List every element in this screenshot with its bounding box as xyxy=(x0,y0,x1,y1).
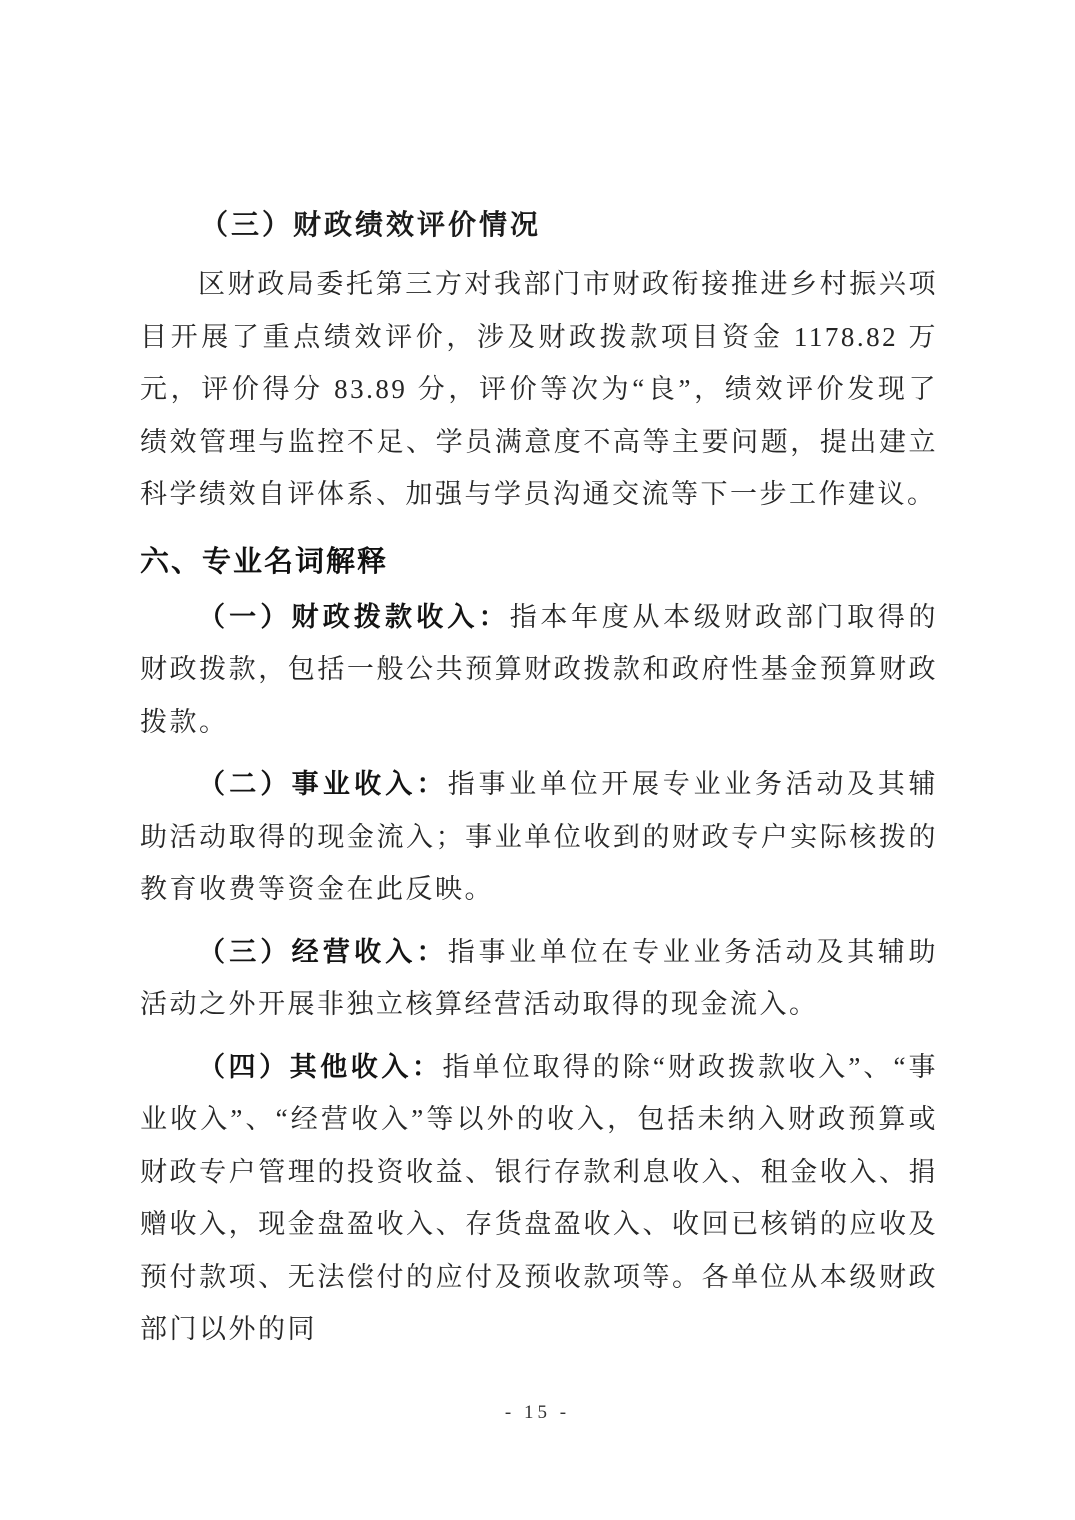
term-label: （二）事业收入： xyxy=(198,769,448,799)
page-number: - 15 - xyxy=(0,1402,1075,1424)
term-label: （三）经营收入： xyxy=(198,937,448,967)
performance-evaluation-paragraph: 区财政局委托第三方对我部门市财政衔接推进乡村振兴项目开展了重点绩效评价，涉及财政… xyxy=(140,258,938,521)
document-content: （三）财政绩效评价情况 区财政局委托第三方对我部门市财政衔接推进乡村振兴项目开展… xyxy=(140,0,938,1356)
term-item-fiscal-appropriation-income: （一）财政拨款收入：指本年度从本级财政部门取得的财政拨款，包括一般公共预算财政拨… xyxy=(140,591,938,749)
term-label: （四）其他收入： xyxy=(198,1052,443,1082)
term-definition: 指单位取得的除“财政拨款收入”、“事业收入”、“经营收入”等以外的收入，包括未纳… xyxy=(140,1052,938,1345)
term-label: （一）财政拨款收入： xyxy=(198,602,510,632)
document-page: （三）财政绩效评价情况 区财政局委托第三方对我部门市财政衔接推进乡村振兴项目开展… xyxy=(0,0,1075,1520)
term-item-business-income: （三）经营收入：指事业单位在专业业务活动及其辅助活动之外开展非独立核算经营活动取… xyxy=(140,926,938,1031)
performance-evaluation-heading: （三）财政绩效评价情况 xyxy=(140,208,938,244)
term-item-operating-income: （二）事业收入：指事业单位开展专业业务活动及其辅助活动取得的现金流入；事业单位收… xyxy=(140,758,938,916)
glossary-section-heading: 六、专业名词解释 xyxy=(140,543,938,581)
term-item-other-income: （四）其他收入：指单位取得的除“财政拨款收入”、“事业收入”、“经营收入”等以外… xyxy=(140,1041,938,1356)
